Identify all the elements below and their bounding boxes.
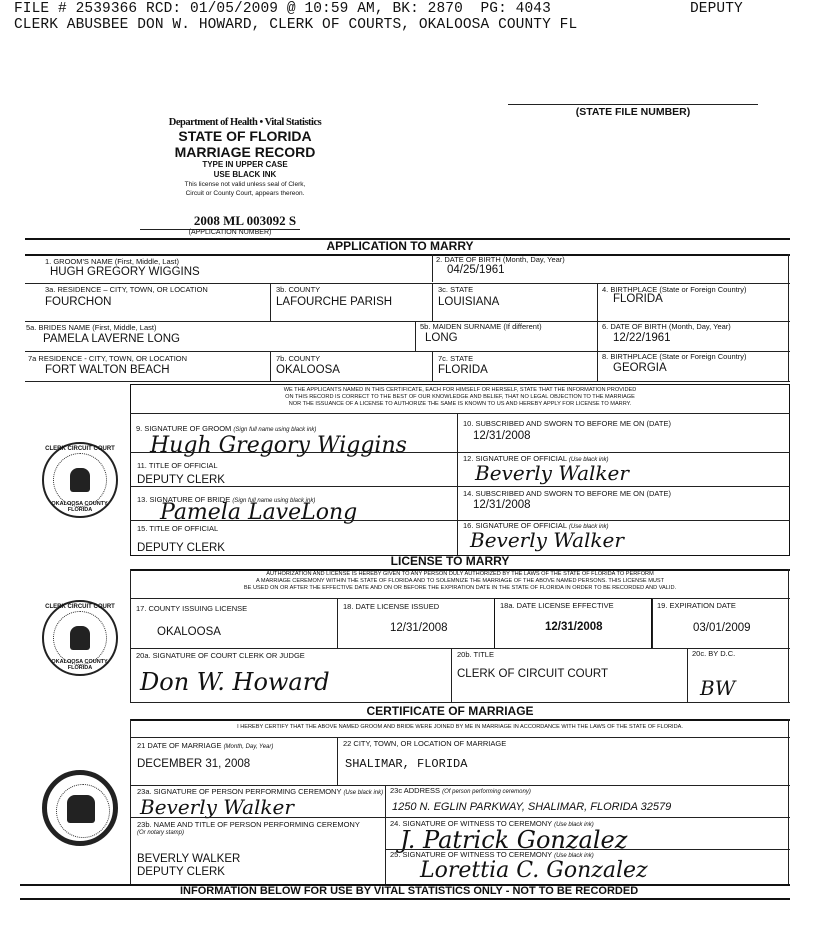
sworn-date-10-label: 10. SUBSCRIBED AND SWORN TO BEFORE ME ON… — [463, 419, 671, 428]
clerk-seal-2: CLERK CIRCUIT COURT OKALOOSA COUNTY, FLO… — [42, 600, 118, 676]
justice-figure-icon — [70, 468, 90, 492]
marriage-date-label: 21 DATE OF MARRIAGE (Month, Day, Year) — [137, 741, 273, 752]
bride-state: FLORIDA — [438, 364, 488, 377]
officiant-name: BEVERLY WALKER — [137, 853, 240, 866]
officiant-address-label: 23c ADDRESS (Of person performing ceremo… — [390, 786, 531, 797]
rule — [130, 413, 790, 414]
divider — [687, 648, 688, 702]
bride-dob-label: 6. DATE OF BIRTH (Month, Day, Year) — [602, 322, 731, 331]
divider — [270, 351, 271, 381]
bride-maiden: LONG — [425, 332, 458, 345]
groom-name-label: 1. GROOM'S NAME (First, Middle, Last) — [45, 257, 179, 266]
bride-birthplace-label: 8. BIRTHPLACE (State or Foreign Country) — [602, 352, 747, 361]
state-file-number-label: (STATE FILE NUMBER) — [508, 106, 758, 118]
groom-name: HUGH GREGORY WIGGINS — [50, 266, 200, 279]
marriage-location: SHALIMAR, FLORIDA — [345, 758, 467, 771]
bride-state-label: 7c. STATE — [438, 354, 473, 363]
rule — [130, 817, 790, 818]
recording-stamp-deputy: DEPUTY — [690, 1, 743, 17]
groom-city: FOURCHON — [45, 296, 111, 309]
official-signature-12: Beverly Walker — [475, 461, 629, 485]
groom-county-label: 3b. COUNTY — [276, 285, 320, 294]
groom-dob: 04/25/1961 — [447, 264, 505, 277]
divider — [457, 413, 458, 555]
divider — [788, 254, 789, 382]
sworn-date-14-label: 14. SUBSCRIBED AND SWORN TO BEFORE ME ON… — [463, 489, 671, 498]
divider — [337, 737, 338, 785]
clerk-seal-3 — [42, 770, 118, 846]
groom-county: LAFOURCHE PARISH — [276, 296, 392, 309]
section-title-application: APPLICATION TO MARRY — [300, 239, 500, 253]
official-signature-16: Beverly Walker — [470, 528, 624, 552]
date-effective-label: 18a. DATE LICENSE EFFECTIVE — [500, 601, 614, 610]
officiant-name-note: (Or notary stamp) — [137, 829, 184, 838]
date-issued: 12/31/2008 — [390, 622, 448, 635]
clerk-signature: Don W. Howard — [140, 668, 330, 696]
clerk-title-label: 20b. TITLE — [457, 650, 494, 659]
rule — [25, 254, 790, 256]
bride-birthplace: GEORGIA — [613, 362, 667, 375]
justice-figure-icon — [70, 626, 90, 650]
divider — [788, 719, 789, 885]
rule — [130, 702, 790, 703]
divider — [451, 648, 452, 702]
validity-note-1: This license not valid unless seal of Cl… — [145, 180, 345, 189]
groom-state-label: 3c. STATE — [438, 285, 473, 294]
rule — [130, 452, 790, 453]
expiration-date: 03/01/2009 — [693, 622, 751, 635]
bride-county: OKALOOSA — [276, 364, 340, 377]
groom-state: LOUISIANA — [438, 296, 499, 309]
section-title-certificate: CERTIFICATE OF MARRIAGE — [330, 704, 570, 718]
by-dc-label: 20c. BY D.C. — [692, 649, 735, 658]
divider — [432, 254, 433, 282]
certification-statement: I HEREBY CERTIFY THAT THE ABOVE NAMED GR… — [132, 724, 788, 731]
vital-statistics-notice: INFORMATION BELOW FOR USE BY VITAL STATI… — [180, 885, 638, 897]
county-issuing: OKALOOSA — [157, 626, 221, 639]
bride-signature: Pamela LaveLong — [160, 500, 357, 525]
county-issuing-label: 17. COUNTY ISSUING LICENSE — [136, 604, 247, 613]
instruction-upper-case: TYPE IN UPPER CASE — [145, 160, 345, 170]
sworn-date-14: 12/31/2008 — [473, 499, 531, 512]
application-number-label: (APPLICATION NUMBER) — [160, 229, 300, 236]
date-issued-label: 18. DATE LICENSE ISSUED — [343, 602, 439, 611]
license-authorization: AUTHORIZATION AND LICENSE IS HEREBY GIVE… — [132, 571, 788, 592]
instruction-black-ink: USE BLACK INK — [145, 170, 345, 180]
applicant-affirmation: WE THE APPLICANTS NAMED IN THIS CERTIFIC… — [132, 387, 788, 408]
rule — [25, 381, 790, 382]
rule — [20, 898, 790, 900]
groom-signature: Hugh Gregory Wiggins — [150, 433, 407, 458]
applicant-signature-block — [130, 384, 790, 556]
divider — [385, 785, 386, 885]
divider — [597, 283, 598, 381]
groom-city-label: 3a. RESIDENCE – CITY, TOWN, OR LOCATION — [45, 285, 208, 294]
marriage-location-label: 22 CITY, TOWN, OR LOCATION OF MARRIAGE — [343, 739, 506, 748]
recording-stamp-line1: FILE # 2539366 RCD: 01/05/2009 @ 10:59 A… — [14, 1, 551, 17]
department-name: Department of Health • Vital Statistics — [145, 117, 345, 128]
bride-county-label: 7b. COUNTY — [276, 354, 320, 363]
marriage-date: DECEMBER 31, 2008 — [137, 758, 250, 771]
bride-name-label: 5a. BRIDES NAME (First, Middle, Last) — [26, 323, 156, 332]
form-title-record: MARRIAGE RECORD — [145, 144, 345, 160]
form-header: Department of Health • Vital Statistics … — [145, 117, 345, 198]
divider — [415, 321, 416, 351]
divider — [432, 283, 433, 321]
rule — [130, 486, 790, 487]
groom-birthplace: FLORIDA — [613, 293, 663, 306]
official-title-15-label: 15. TITLE OF OFFICIAL — [137, 524, 218, 533]
bride-maiden-label: 5b. MAIDEN SURNAME (If different) — [420, 322, 542, 331]
divider — [130, 719, 131, 885]
validity-note-2: Circuit or County Court, appears thereon… — [145, 189, 345, 198]
bride-city: FORT WALTON BEACH — [45, 364, 170, 377]
by-dc-initials: BW — [700, 676, 735, 700]
clerk-signature-label: 20a. SIGNATURE OF COURT CLERK OR JUDGE — [136, 651, 305, 660]
divider — [432, 351, 433, 381]
witness-2-signature: Lorettia C. Gonzalez — [420, 858, 648, 883]
bride-dob: 12/22/1961 — [613, 332, 671, 345]
groom-dob-label: 2. DATE OF BIRTH (Month, Day, Year) — [436, 255, 565, 264]
officiant-address: 1250 N. EGLIN PARKWAY, SHALIMAR, FLORIDA… — [392, 801, 671, 814]
official-title-11-label: 11. TITLE OF OFFICIAL — [137, 461, 218, 470]
officiant-signature: Beverly Walker — [140, 795, 294, 819]
bride-name: PAMELA LAVERNE LONG — [43, 333, 180, 346]
state-file-number-line — [508, 104, 758, 105]
officiant-name-label: 23b. NAME AND TITLE OF PERSON PERFORMING… — [137, 820, 360, 829]
section-title-license: LICENSE TO MARRY — [350, 554, 550, 568]
divider — [130, 569, 131, 702]
divider — [337, 598, 338, 648]
form-title-state: STATE OF FLORIDA — [145, 128, 345, 144]
rule — [130, 598, 790, 599]
rule — [25, 283, 790, 284]
application-number: 2008 ML 003092 S — [160, 213, 330, 229]
justice-figure-icon — [67, 795, 95, 823]
date-effective: 12/31/2008 — [545, 621, 603, 634]
expiration-date-label: 19. EXPIRATION DATE — [657, 601, 736, 610]
officiant-title: DEPUTY CLERK — [137, 866, 225, 879]
bride-city-label: 7a RESIDENCE - CITY, TOWN, OR LOCATION — [28, 354, 187, 363]
clerk-title: CLERK OF CIRCUIT COURT — [457, 668, 608, 681]
rule — [130, 520, 790, 521]
rule — [130, 737, 790, 738]
rule — [130, 648, 790, 649]
divider — [652, 598, 653, 648]
divider — [788, 569, 789, 702]
recording-stamp-line2: CLERK ABUSBEE DON W. HOWARD, CLERK OF CO… — [14, 17, 577, 33]
official-title-15: DEPUTY CLERK — [137, 542, 225, 555]
sworn-date-10: 12/31/2008 — [473, 430, 531, 443]
divider — [270, 283, 271, 321]
rule — [130, 719, 790, 721]
clerk-seal-1: CLERK CIRCUIT COURT OKALOOSA COUNTY, FLO… — [42, 442, 118, 518]
